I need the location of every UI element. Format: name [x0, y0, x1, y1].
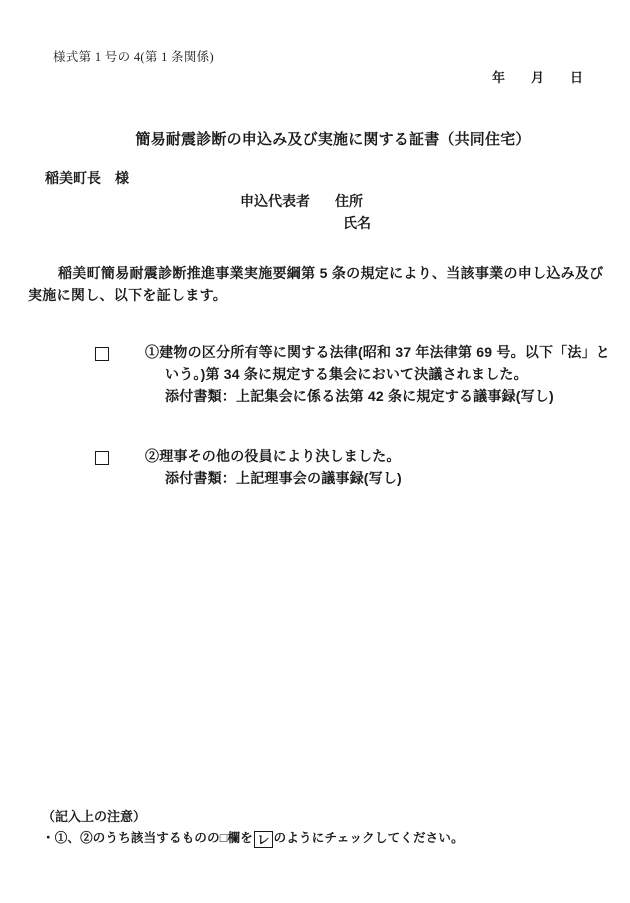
- addressee-line: 稲美町長 様: [45, 168, 129, 188]
- item-1-line-2: いう。)第 34 条に規定する集会において決議されました。: [165, 363, 610, 385]
- form-number: 様式第 1 号の 4(第 1 条関係): [53, 47, 214, 65]
- date-line: 年 月 日: [492, 67, 583, 86]
- item-1-checkbox[interactable]: [95, 347, 109, 361]
- notes-bullet-line: ・①、②のうち該当するものの□欄をレのようにチェックしてください。: [42, 828, 464, 848]
- document-page: 様式第 1 号の 4(第 1 条関係) 年 月 日 簡易耐震診断の申込み及び実施…: [0, 0, 630, 903]
- body-paragraph: 稲美町簡易耐震診断推進事業実施要綱第 5 条の規定により、当該事業の申し込み及び…: [28, 262, 604, 306]
- address-label: 住所: [335, 191, 363, 211]
- name-label: 氏名: [343, 213, 371, 233]
- date-month-label: 月: [531, 67, 544, 86]
- body-paragraph-line-2: 実施に関し、以下を証します。: [28, 284, 604, 306]
- item-2-line-1: ②理事その他の役員により決しました。: [145, 445, 402, 467]
- item-1-line-1: ①建物の区分所有等に関する法律(昭和 37 年法律第 69 号。以下「法」と: [145, 341, 610, 363]
- document-title: 簡易耐震診断の申込み及び実施に関する証書（共同住宅）: [0, 128, 630, 149]
- date-year-label: 年: [492, 67, 505, 86]
- item-2-checkbox[interactable]: [95, 451, 109, 465]
- item-2: ②理事その他の役員により決しました。 添付書類：上記理事会の議事録(写し): [145, 445, 402, 489]
- notes-heading: （記入上の注意）: [42, 806, 146, 825]
- applicant-representative-label: 申込代表者: [240, 191, 310, 211]
- body-paragraph-line-1: 稲美町簡易耐震診断推進事業実施要綱第 5 条の規定により、当該事業の申し込み及び: [28, 262, 604, 284]
- notes-bullet-suffix: のようにチェックしてください。: [274, 831, 464, 845]
- item-1: ①建物の区分所有等に関する法律(昭和 37 年法律第 69 号。以下「法」と い…: [145, 341, 610, 407]
- item-1-attachment-line: 添付書類：上記集会に係る法第 42 条に規定する議事録(写し): [165, 385, 610, 407]
- item-2-attachment-line: 添付書類：上記理事会の議事録(写し): [165, 467, 402, 489]
- date-day-label: 日: [570, 67, 583, 86]
- notes-bullet-prefix: ・①、②のうち該当するものの□欄を: [42, 831, 253, 845]
- check-mark-sample: レ: [254, 831, 273, 848]
